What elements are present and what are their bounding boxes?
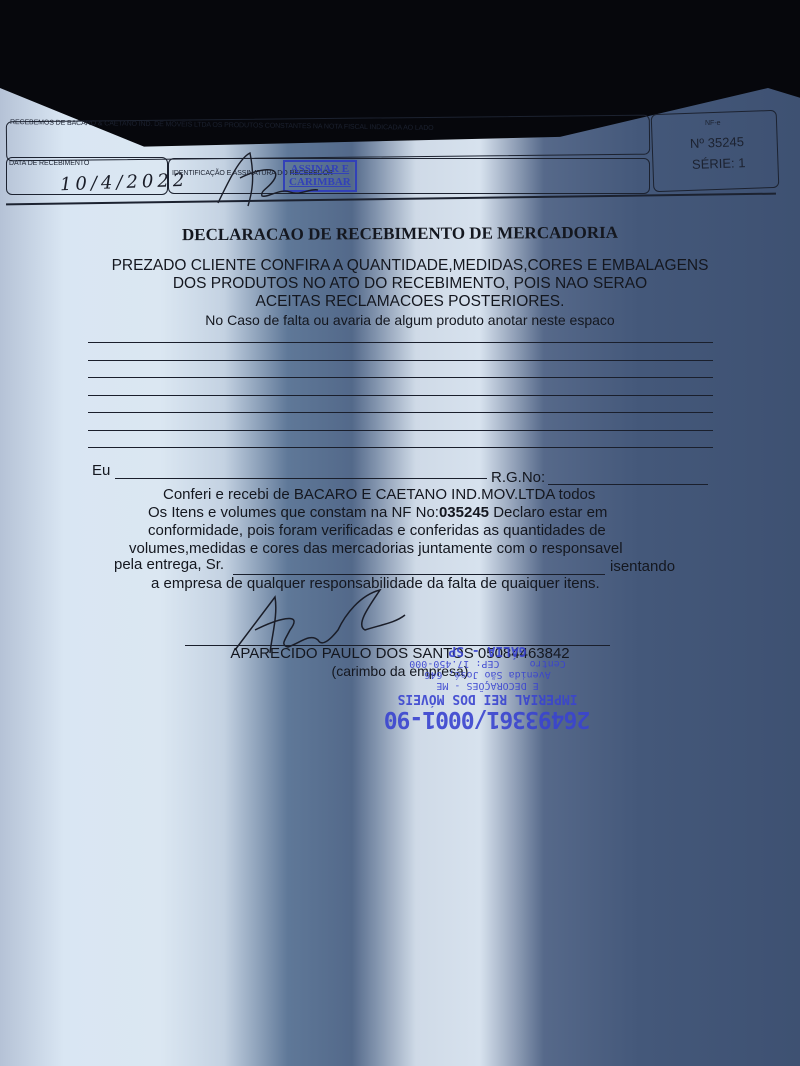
nf-reference: 035245 — [439, 504, 489, 521]
blank-note-line — [88, 360, 713, 361]
date-label: DATA DE RECEBIMENTO — [9, 160, 89, 167]
stamp-company-name: IMPERIAL REI DOS MÓVEIS — [375, 691, 600, 706]
warning-line-1: PREZADO CLIENTE CONFIRA A QUANTIDADE,MED… — [80, 257, 740, 275]
stamp-district: Centro — [530, 658, 566, 669]
blank-note-line — [88, 377, 713, 378]
stamp-cep: CEP: 17.450-000 — [409, 658, 499, 669]
stamp-district-cep: Centro CEP: 17.450-000 — [375, 658, 600, 669]
series: SÉRIE: 1 — [692, 155, 746, 172]
nf-number: Nº 35245 — [690, 134, 744, 151]
body-line-1: Conferi e recebi de BACARO E CAETANO IND… — [163, 486, 595, 503]
company-stamp: 26493361/0001-90 IMPERIAL REI DOS MÓVEIS… — [375, 592, 600, 732]
warning-text: PREZADO CLIENTE CONFIRA A QUANTIDADE,MED… — [80, 257, 740, 311]
nf-type: NF-e — [705, 120, 721, 127]
body-line-3: conformidade, pois foram verificadas e c… — [148, 522, 606, 539]
deliverer-blank — [233, 562, 605, 575]
warning-line-3: ACEITAS RECLAMACOES POSTERIORES. — [80, 293, 740, 311]
stamp-cnpj: 26493361/0001-90 — [375, 706, 600, 732]
body-line-2-pre: Os Itens e volumes que constam na NF No: — [148, 504, 439, 521]
body-line-2-post: Declaro estar em — [489, 504, 607, 521]
body-line-5-post: isentando — [610, 558, 675, 575]
stamp-address: Avenida São José, 646 — [375, 669, 600, 680]
rg-label: R.G.No: — [491, 469, 545, 486]
damage-note: No Caso de falta ou avaria de algum prod… — [80, 312, 740, 328]
stamp-city: GÁLIA - SP — [375, 643, 600, 658]
warning-line-2: DOS PRODUTOS NO ATO DO RECEBIMENTO, POIS… — [80, 275, 740, 293]
body-line-2: Os Itens e volumes que constam na NF No:… — [148, 504, 607, 521]
body-line-5-pre: pela entrega, Sr. — [114, 556, 224, 573]
rg-blank — [548, 472, 708, 485]
blank-note-line — [88, 412, 713, 413]
declaration-title: DECLARACAO DE RECEBIMENTO DE MERCADORIA — [0, 222, 800, 246]
name-blank — [115, 466, 487, 479]
blank-note-line — [88, 447, 713, 448]
body-line-4: volumes,medidas e cores das mercadorias … — [129, 540, 623, 557]
blank-note-line — [88, 395, 713, 396]
blank-note-line — [88, 430, 713, 431]
stamp-company-sub: E DECORAÇÕES - ME — [375, 680, 600, 691]
blank-note-line — [88, 342, 713, 343]
eu-label: Eu — [92, 462, 110, 479]
